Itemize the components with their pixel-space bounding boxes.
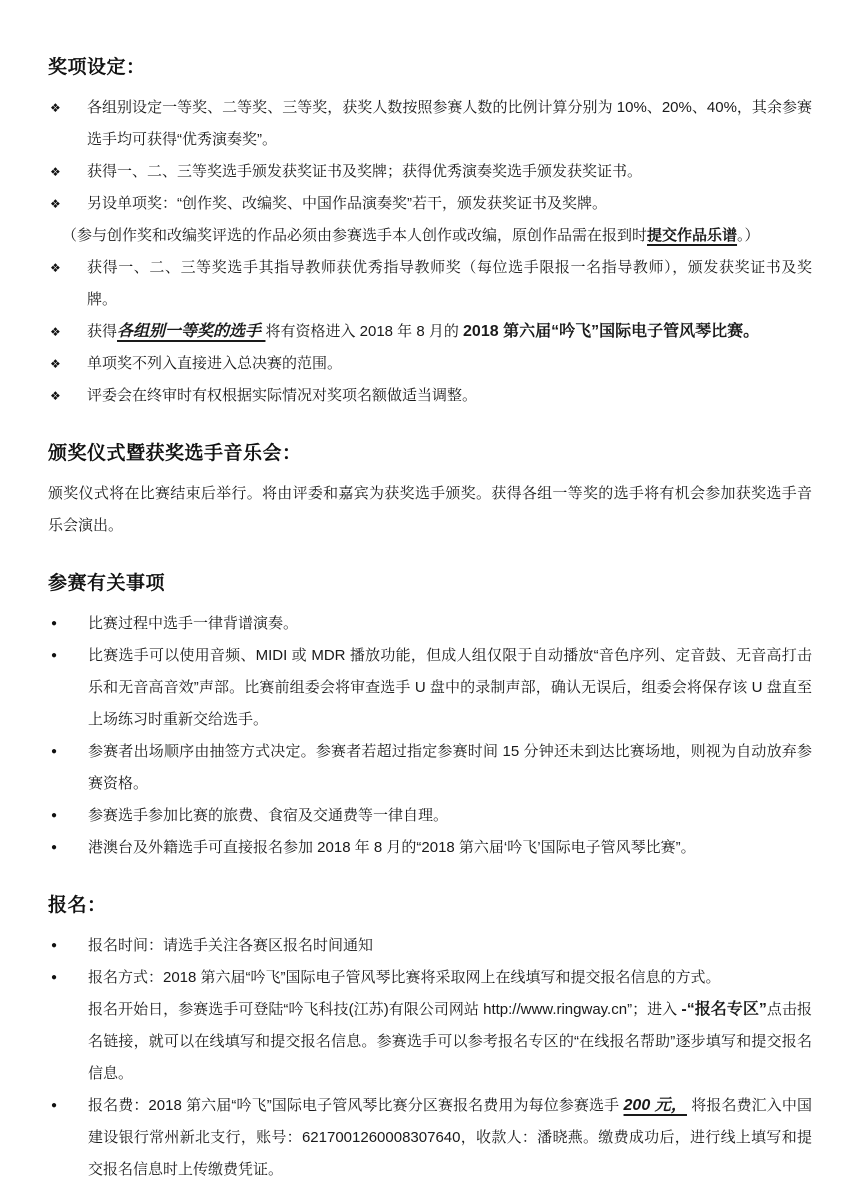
dot-bullet-icon: ● — [48, 832, 88, 864]
text-run: 报名方式：2018 第六届“吟飞”国际电子管风琴比赛将采取网上在线填写和提交报名… — [88, 969, 721, 986]
submit-score-highlight: 提交作品乐谱 — [647, 227, 737, 244]
list-item: ❖ 获得一、二、三等奖选手其指导教师获优秀指导教师奖（每位选手限报一名指导教师）… — [48, 252, 812, 316]
item-text: 比赛过程中选手一律背谱演奏。 — [88, 608, 812, 640]
section-registration-heading: 报名： — [48, 894, 812, 918]
text-run: 获得 — [87, 323, 117, 340]
dot-bullet-icon: ● — [48, 962, 88, 994]
item-text: 报名方式：2018 第六届“吟飞”国际电子管风琴比赛将采取网上在线填写和提交报名… — [88, 962, 812, 1090]
list-item: ● 比赛过程中选手一律背谱演奏。 — [48, 608, 812, 640]
list-item: ❖ 评委会在终审时有权根据实际情况对奖项名额做适当调整。 — [48, 380, 812, 412]
registration-zone-highlight: -“报名专区” — [681, 1001, 767, 1018]
text-run: （参与创作奖和改编奖评选的作品必须由参赛选手本人创作或改编，原创作品需在报到时 — [62, 227, 647, 244]
item-text: 获得一、二、三等奖选手颁发获奖证书及奖牌；获得优秀演奏奖选手颁发获奖证书。 — [87, 156, 812, 188]
dot-bullet-icon: ● — [48, 640, 88, 672]
diamond-bullet-icon: ❖ — [48, 348, 87, 380]
first-prize-winners-highlight: 各组别一等奖的选手 — [117, 323, 265, 340]
list-item: ❖ 单项奖不列入直接进入总决赛的范围。 — [48, 348, 812, 380]
document-page: 奖项设定： ❖ 各组别设定一等奖、二等奖、三等奖，获奖人数按照参赛人数的比例计算… — [0, 0, 848, 1200]
item-text: 报名费：2018 第六届“吟飞”国际电子管风琴比赛分区赛报名费用为每位参赛选手 … — [88, 1090, 812, 1186]
diamond-bullet-icon: ❖ — [48, 188, 87, 220]
dot-bullet-icon: ● — [48, 1090, 88, 1122]
dot-bullet-icon: ● — [48, 608, 88, 640]
item-text: 评委会在终审时有权根据实际情况对奖项名额做适当调整。 — [87, 380, 812, 412]
note-line: （参与创作奖和改编奖评选的作品必须由参赛选手本人创作或改编，原创作品需在报到时提… — [48, 220, 812, 252]
section-ceremony-heading: 颁奖仪式暨获奖选手音乐会： — [48, 442, 812, 466]
diamond-bullet-icon: ❖ — [48, 316, 87, 348]
list-item: ● 报名时间：请选手关注各赛区报名时间通知 — [48, 930, 812, 962]
list-item: ● 报名方式：2018 第六届“吟飞”国际电子管风琴比赛将采取网上在线填写和提交… — [48, 962, 812, 1090]
text-run: 将有资格进入 2018 年 8 月的 — [265, 323, 463, 340]
website-url: http://www.ringway.cn — [483, 1001, 627, 1018]
dot-bullet-icon: ● — [48, 930, 88, 962]
dot-bullet-icon: ● — [48, 800, 88, 832]
item-text: 参赛者出场顺序由抽签方式决定。参赛者若超过指定参赛时间 15 分钟还未到达比赛场… — [88, 736, 812, 800]
list-item: ● 比赛选手可以使用音频、MIDI 或 MDR 播放功能，但成人组仅限于自动播放… — [48, 640, 812, 736]
bank-account-number: 6217001260008307640 — [302, 1129, 461, 1146]
text-run: 报名费：2018 第六届“吟飞”国际电子管风琴比赛分区赛报名费用为每位参赛选手 — [88, 1097, 624, 1114]
item-text: 参赛选手参加比赛的旅费、食宿及交通费等一律自理。 — [88, 800, 812, 832]
ceremony-paragraph: 颁奖仪式将在比赛结束后举行。将由评委和嘉宾为获奖选手颁奖。获得各组一等奖的选手将… — [48, 478, 812, 542]
diamond-bullet-icon: ❖ — [48, 380, 87, 412]
text-run: ”；进入 — [627, 1001, 681, 1018]
section-participation-heading: 参赛有关事项 — [48, 572, 812, 596]
dot-bullet-icon: ● — [48, 736, 88, 768]
finals-competition-name: 2018 第六届“吟飞”国际电子管风琴比赛。 — [463, 323, 759, 340]
section-awards-heading: 奖项设定： — [48, 56, 812, 80]
text-run: 报名开始日，参赛选手可登陆“吟飞科技(江苏)有限公司网站 — [88, 1001, 483, 1018]
item-text: 各组别设定一等奖、二等奖、三等奖，获奖人数按照参赛人数的比例计算分别为 10%、… — [87, 92, 812, 156]
list-item: ❖ 获得各组别一等奖的选手 将有资格进入 2018 年 8 月的 2018 第六… — [48, 316, 812, 348]
list-item: ❖ 另设单项奖：“创作奖、改编奖、中国作品演奏奖”若干，颁发获奖证书及奖牌。 — [48, 188, 812, 220]
list-item: ● 港澳台及外籍选手可直接报名参加 2018 年 8 月的“2018 第六届‘吟… — [48, 832, 812, 864]
list-item: ● 参赛选手参加比赛的旅费、食宿及交通费等一律自理。 — [48, 800, 812, 832]
diamond-bullet-icon: ❖ — [48, 252, 87, 284]
item-text: 获得各组别一等奖的选手 将有资格进入 2018 年 8 月的 2018 第六届“… — [87, 316, 812, 348]
item-text: 比赛选手可以使用音频、MIDI 或 MDR 播放功能，但成人组仅限于自动播放“音… — [88, 640, 812, 736]
fee-amount-highlight: 200 元， — [624, 1097, 687, 1114]
list-item: ● 报名费：2018 第六届“吟飞”国际电子管风琴比赛分区赛报名费用为每位参赛选… — [48, 1090, 812, 1186]
item-text: 港澳台及外籍选手可直接报名参加 2018 年 8 月的“2018 第六届‘吟飞’… — [88, 832, 812, 864]
list-item: ❖ 获得一、二、三等奖选手颁发获奖证书及奖牌；获得优秀演奏奖选手颁发获奖证书。 — [48, 156, 812, 188]
item-text: 报名时间：请选手关注各赛区报名时间通知 — [88, 930, 812, 962]
list-item: ❖ 各组别设定一等奖、二等奖、三等奖，获奖人数按照参赛人数的比例计算分别为 10… — [48, 92, 812, 156]
diamond-bullet-icon: ❖ — [48, 156, 87, 188]
item-text: 另设单项奖：“创作奖、改编奖、中国作品演奏奖”若干，颁发获奖证书及奖牌。 — [87, 188, 812, 220]
registration-method-detail: 报名开始日，参赛选手可登陆“吟飞科技(江苏)有限公司网站 http://www.… — [88, 994, 812, 1090]
item-text: 单项奖不列入直接进入总决赛的范围。 — [87, 348, 812, 380]
registration-method-line: 报名方式：2018 第六届“吟飞”国际电子管风琴比赛将采取网上在线填写和提交报名… — [88, 962, 812, 994]
list-item: ● 参赛者出场顺序由抽签方式决定。参赛者若超过指定参赛时间 15 分钟还未到达比… — [48, 736, 812, 800]
diamond-bullet-icon: ❖ — [48, 92, 87, 124]
text-run: 。） — [737, 227, 760, 244]
item-text: 获得一、二、三等奖选手其指导教师获优秀指导教师奖（每位选手限报一名指导教师），颁… — [87, 252, 812, 316]
